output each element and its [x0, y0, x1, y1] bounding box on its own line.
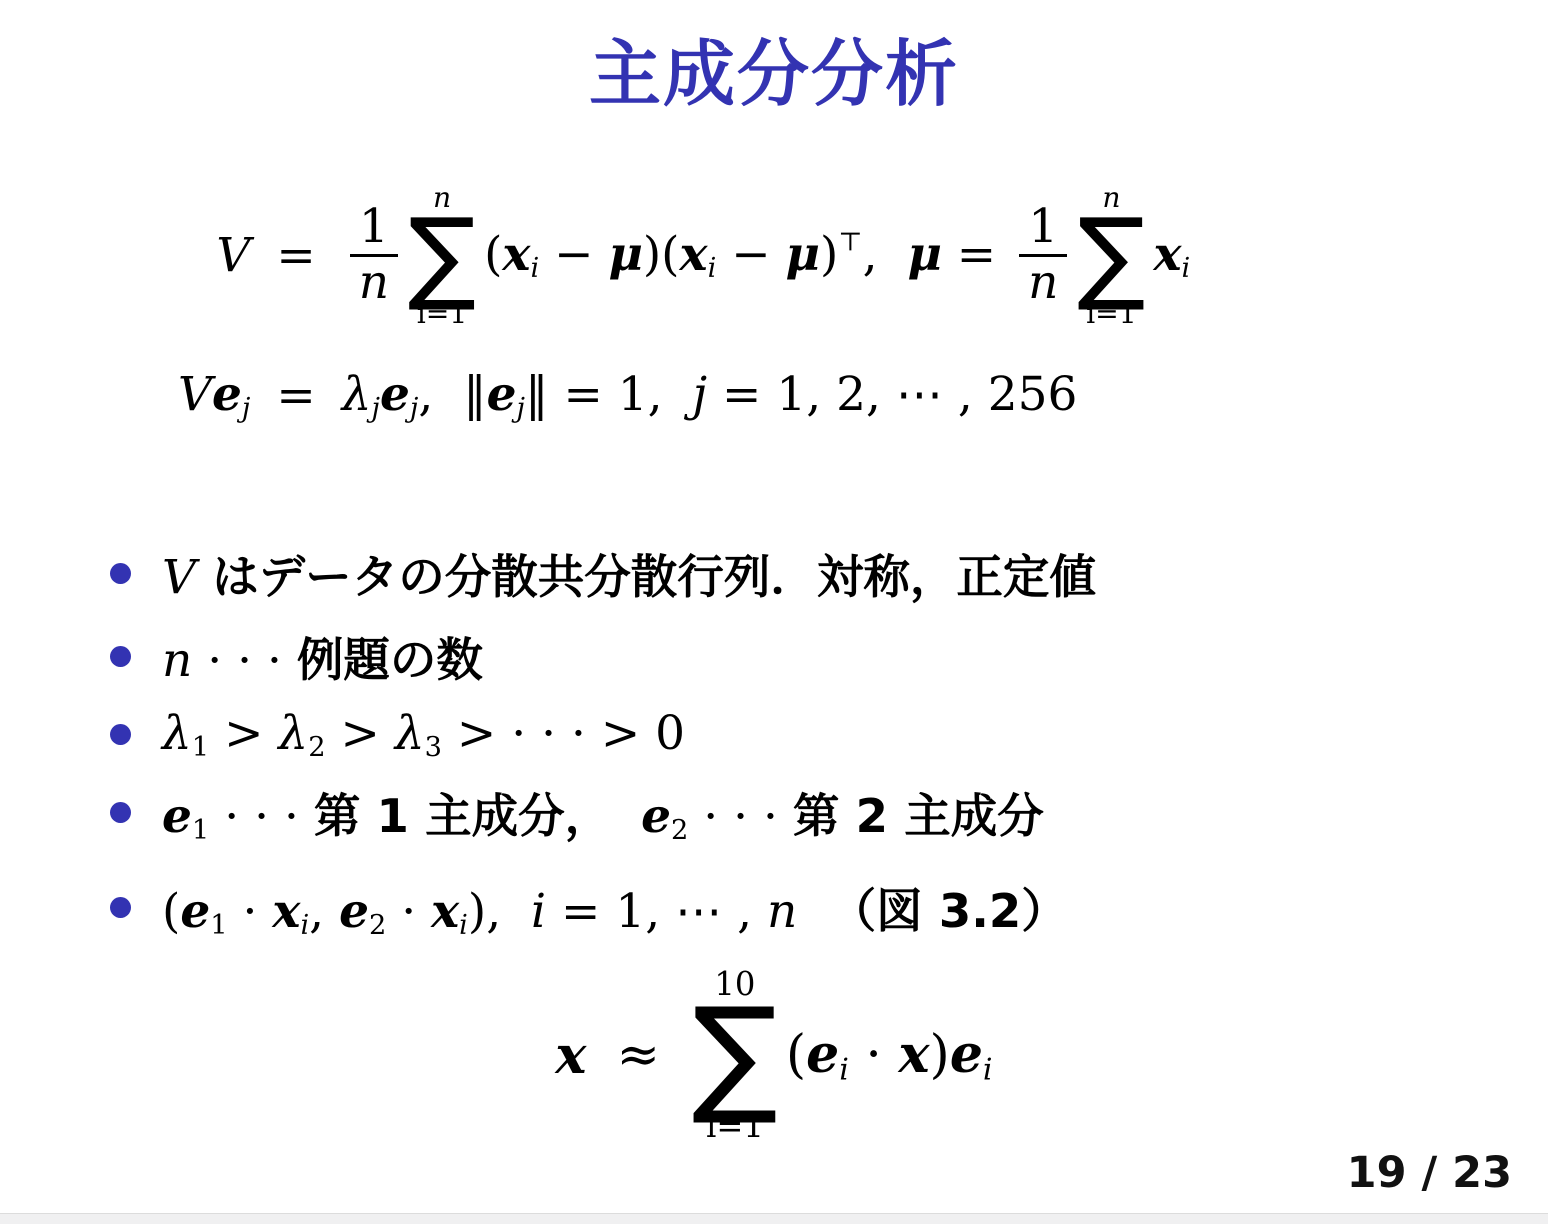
bullet-icon [110, 897, 131, 918]
summation-operator: n∑i=1 [1077, 182, 1145, 329]
eq-covariance-equals: = [250, 228, 341, 283]
slide: 主成分分析 V = 1nn∑i=1(xi − μ)(xi − μ)⊤, μ = … [0, 0, 1548, 1224]
eq-reconstruction-lhs: x [555, 1025, 586, 1086]
bullet-principal-components: e1 · · · 第 1 主成分， e2 · · · 第 2 主成分 [110, 779, 1548, 846]
eq-reconstruction-rhs: 10∑i=1(ei · x)ei [690, 967, 993, 1145]
equation-array: V = 1nn∑i=1(xi − μ)(xi − μ)⊤, μ = 1nn∑i=… [178, 182, 1548, 424]
bullet-icon [110, 724, 131, 745]
sigma-symbol: ∑ [408, 213, 476, 298]
fraction: 1n [350, 201, 398, 309]
eq-covariance-lhs: V [216, 228, 250, 283]
summation-operator: 10∑i=1 [692, 967, 778, 1145]
fraction: 1n [1019, 201, 1067, 309]
eq-eigen-rhs: λjej, ‖ej‖ = 1, j = 1, 2, ⋯ , 256 [342, 367, 1078, 424]
bullet-covariance-matrix: V はデータの分散共分散行列．対称，正定値 [110, 540, 1548, 607]
sigma-symbol: ∑ [1077, 213, 1145, 298]
bullet-eigenvalue-ordering: λ1 > λ2 > λ3 > · · · > 0 [110, 706, 1548, 763]
slide-title: 主成分分析 [0, 16, 1548, 120]
summation-operator: n∑i=1 [408, 182, 476, 329]
bullet-icon [110, 563, 131, 584]
eq-eigen-lhs: Vej [178, 367, 250, 424]
bullet-projection-figure-text: (e1 · xi, e2 · xi), i = 1, ⋯ , n （図 3.2） [162, 874, 1068, 941]
eq-covariance-rhs: 1nn∑i=1(xi − μ)(xi − μ)⊤, μ = 1nn∑i=1xi [342, 182, 1191, 329]
sigma-symbol: ∑ [692, 1002, 778, 1109]
bullet-eigenvalue-ordering-text: λ1 > λ2 > λ3 > · · · > 0 [162, 706, 685, 763]
bullet-list: V はデータの分散共分散行列．対称，正定値 n · · · 例題の数 λ1 > … [0, 540, 1548, 941]
eq-eigen-equals: = [250, 368, 341, 423]
footer-strip [0, 1213, 1548, 1224]
bullet-number-of-examples-text: n · · · 例題の数 [162, 623, 483, 690]
eq-reconstruction-approx: ≈ [586, 1025, 690, 1085]
bullet-covariance-matrix-text: V はデータの分散共分散行列．対称，正定値 [162, 540, 1096, 607]
bullet-principal-components-text: e1 · · · 第 1 主成分， e2 · · · 第 2 主成分 [162, 779, 1044, 846]
equation-reconstruction: x ≈ 10∑i=1(ei · x)ei [0, 967, 1548, 1145]
bullet-icon [110, 646, 131, 667]
bullet-icon [110, 802, 131, 823]
bullet-projection-figure: (e1 · xi, e2 · xi), i = 1, ⋯ , n （図 3.2） [110, 874, 1548, 941]
bullet-number-of-examples: n · · · 例題の数 [110, 623, 1548, 690]
page-number: 19 / 23 [1347, 1148, 1512, 1198]
